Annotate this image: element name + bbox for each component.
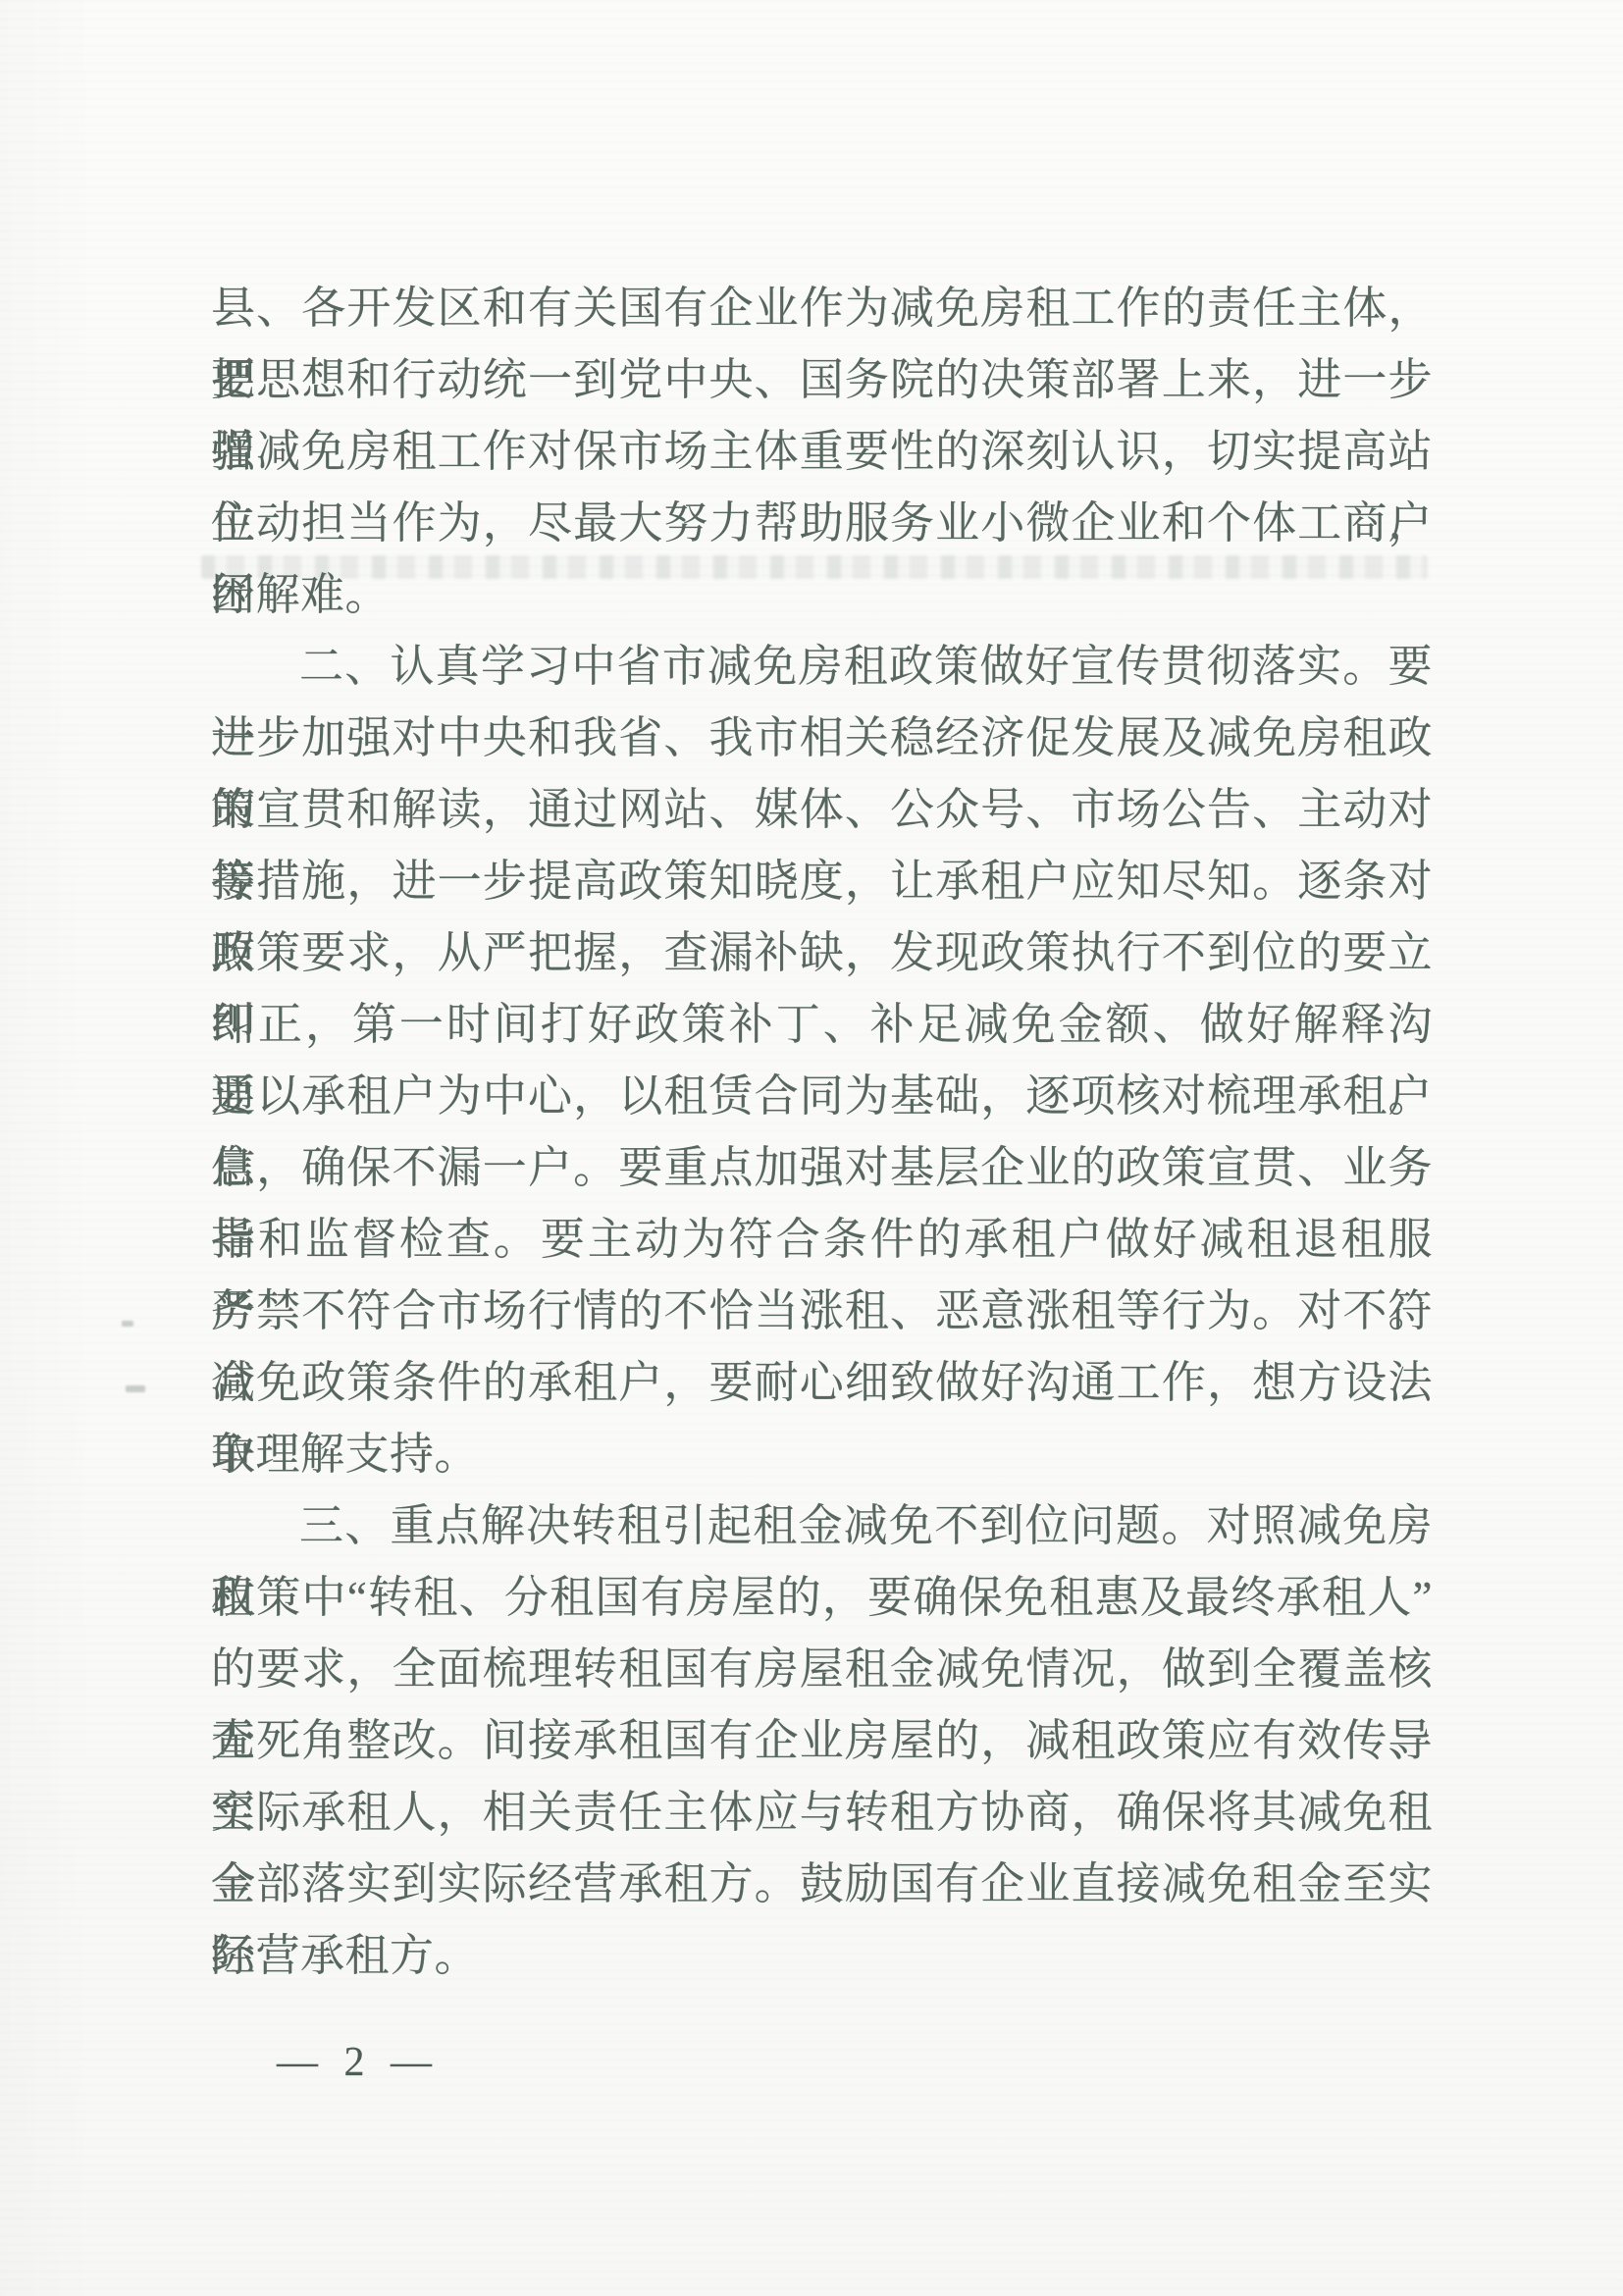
- text-line: 息，确保不漏一户。要重点加强对基层企业的政策宣贯、业务指: [211, 1132, 1433, 1204]
- text-line: 强减免房租工作对保市场主体重要性的深刻认识，切实提高站位，: [211, 416, 1433, 488]
- text-line: 的宣贯和解读，通过网站、媒体、公众号、市场公告、主动对接: [211, 774, 1433, 846]
- text-line: 政策要求，从严把握，查漏补缺，发现政策执行不到位的要立即: [211, 917, 1433, 989]
- text-line: 导和监督检查。要主动为符合条件的承租户做好减租退租服务。: [211, 1204, 1433, 1276]
- text-line-section-heading: 三、重点解决转租引起租金减免不到位问题。对照减免房租: [211, 1490, 1433, 1562]
- body-text: 县、各开发区和有关国有企业作为减免房租工作的责任主体，要 把思想和行动统一到党中…: [211, 273, 1433, 1992]
- text-line: 一步加强对中央和我省、我市相关稳经济促发展及减免房租政策: [211, 703, 1433, 774]
- text-line: 政策中“转租、分租国有房屋的，要确保免租惠及最终承租人”: [211, 1562, 1433, 1634]
- text-line: 等措施，进一步提高政策知晓度，让承租户应知尽知。逐条对照: [211, 846, 1433, 917]
- text-line: 县、各开发区和有关国有企业作为减免房租工作的责任主体，要: [211, 273, 1433, 344]
- scan-artifact-speck: [122, 1321, 133, 1327]
- scan-artifact-speck: [126, 1385, 145, 1392]
- text-line: 取理解支持。: [211, 1419, 1433, 1490]
- text-line-section-heading: 二、认真学习中省市减免房租政策做好宣传贯彻落实。要进: [211, 631, 1433, 703]
- text-line: 纠正，第一时间打好政策补丁、补足减免金额、做好解释沟通。: [211, 989, 1433, 1061]
- text-line: 经营承租方。: [211, 1920, 1433, 1992]
- text-line: 要以承租户为中心，以租赁合同为基础，逐项核对梳理承租户信: [211, 1061, 1433, 1132]
- text-line: 把思想和行动统一到党中央、国务院的决策部署上来，进一步增: [211, 344, 1433, 416]
- text-line: 严禁不符合市场行情的不恰当涨租、恶意涨租等行为。对不符合: [211, 1276, 1433, 1347]
- text-line: 无死角整改。间接承租国有企业房屋的，减租政策应有效传导至: [211, 1705, 1433, 1777]
- document-page: 县、各开发区和有关国有企业作为减免房租工作的责任主体，要 把思想和行动统一到党中…: [0, 0, 1623, 2296]
- text-line: 全部落实到实际经营承租方。鼓励国有企业直接减免租金至实际: [211, 1849, 1433, 1920]
- text-line: 的要求，全面梳理转租国有房屋租金减免情况，做到全覆盖核查、: [211, 1634, 1433, 1705]
- text-line: 主动担当作为，尽最大努力帮助服务业小微企业和个体工商户纾: [211, 488, 1433, 559]
- page-number: — 2 —: [277, 2039, 440, 2086]
- text-line: 减免政策条件的承租户，要耐心细致做好沟通工作，想方设法争: [211, 1347, 1433, 1419]
- text-line: 困解难。: [211, 559, 1433, 631]
- text-line: 实际承租人，相关责任主体应与转租方协商，确保将其减免租金: [211, 1777, 1433, 1849]
